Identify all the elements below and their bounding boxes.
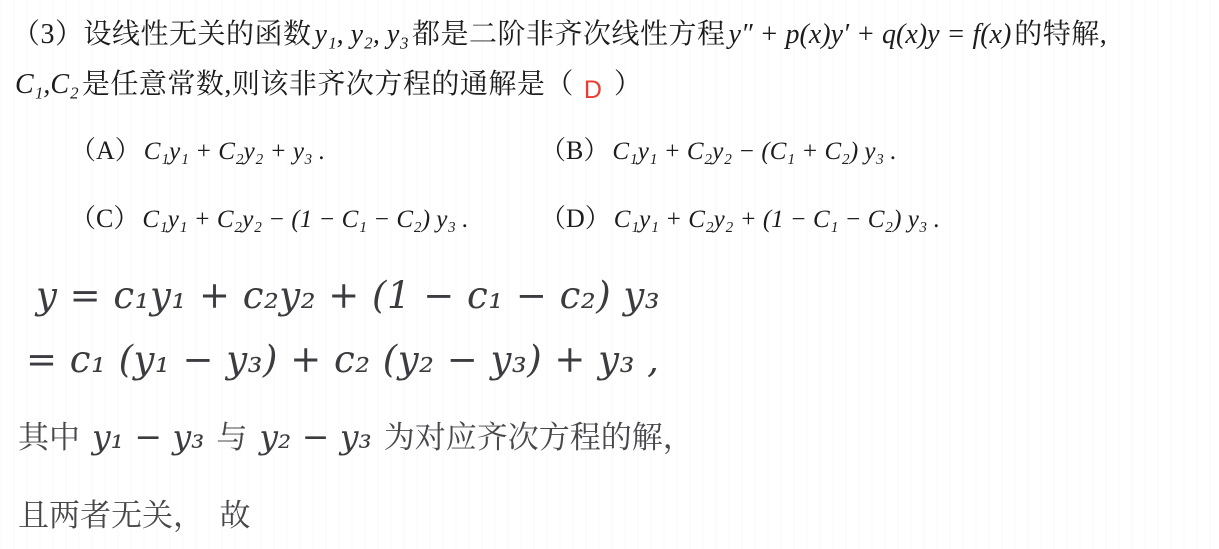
- option-d-label: （D）: [540, 204, 611, 233]
- solution-equation-line-1: y = c₁y₁ + c₂y₂ + (1 − c₁ − c₂) y₃: [36, 274, 660, 317]
- option-a-formula: C₁y₁ + C₂y₂ + y₃ .: [141, 138, 328, 165]
- solution-explanation-line: 其中y₁ − y₃与y₂ − y₃为对应齐次方程的解，: [18, 412, 694, 457]
- option-c-label: （C）: [70, 204, 139, 233]
- solution-conclusion-line: 且两者无关， 故: [18, 490, 251, 535]
- constants-math: C₁,C₂: [12, 69, 82, 100]
- ode-equation-math: y″ + p(x)y′ + q(x)y = f(x): [726, 19, 1015, 50]
- problem-intro-text: （3）设线性无关的函数: [12, 19, 312, 50]
- particular-solution-suffix-text: 的特解,: [1014, 19, 1107, 50]
- answer-letter: D: [584, 76, 602, 104]
- option-b: （B）C₁y₁ + C₂y₂ − (C₁ + C₂) y₃ .: [540, 130, 900, 167]
- option-a-label: （A）: [70, 136, 141, 165]
- option-c: （C）C₁y₁ + C₂y₂ − (1 − C₁ − C₂) y₃ .: [70, 198, 472, 235]
- closing-paren-text: ）: [614, 69, 643, 100]
- homogeneous-note-text: 为对应齐次方程的解，: [384, 420, 694, 456]
- conjunction-text: 与: [216, 420, 247, 456]
- solution-equation-line-2: = c₁ (y₁ − y₃) + c₂ (y₂ − y₃) + y₃ ,: [26, 338, 659, 381]
- equation-intro-text: 都是二阶非齐次线性方程: [412, 19, 726, 50]
- option-d-formula: C₁y₁ + C₂y₂ + (1 − C₁ − C₂) y₃ .: [611, 206, 943, 233]
- difference-math-2: y₂ − y₃: [259, 417, 371, 456]
- option-a: （A）C₁y₁ + C₂y₂ + y₃ .: [70, 130, 328, 167]
- option-c-formula: C₁y₁ + C₂y₂ − (1 − C₁ − C₂) y₃ .: [139, 206, 471, 233]
- problem-line-1: （3）设线性无关的函数y₁, y₂, y₃都是二阶非齐次线性方程y″ + p(x…: [12, 12, 1107, 52]
- problem-line-2: C₁,C₂是任意常数,则该非齐次方程的通解是（D）: [12, 62, 642, 105]
- solution-prefix-text: 其中: [18, 420, 80, 456]
- general-solution-prompt-text: 是任意常数,则该非齐次方程的通解是（: [82, 69, 574, 100]
- particular-solutions-math: y₁, y₂, y₃: [312, 19, 413, 50]
- option-b-formula: C₁y₁ + C₂y₂ − (C₁ + C₂) y₃ .: [609, 138, 899, 165]
- difference-math-1: y₁ − y₃: [92, 417, 204, 456]
- option-b-label: （B）: [540, 136, 609, 165]
- option-d: （D）C₁y₁ + C₂y₂ + (1 − C₁ − C₂) y₃ .: [540, 198, 943, 235]
